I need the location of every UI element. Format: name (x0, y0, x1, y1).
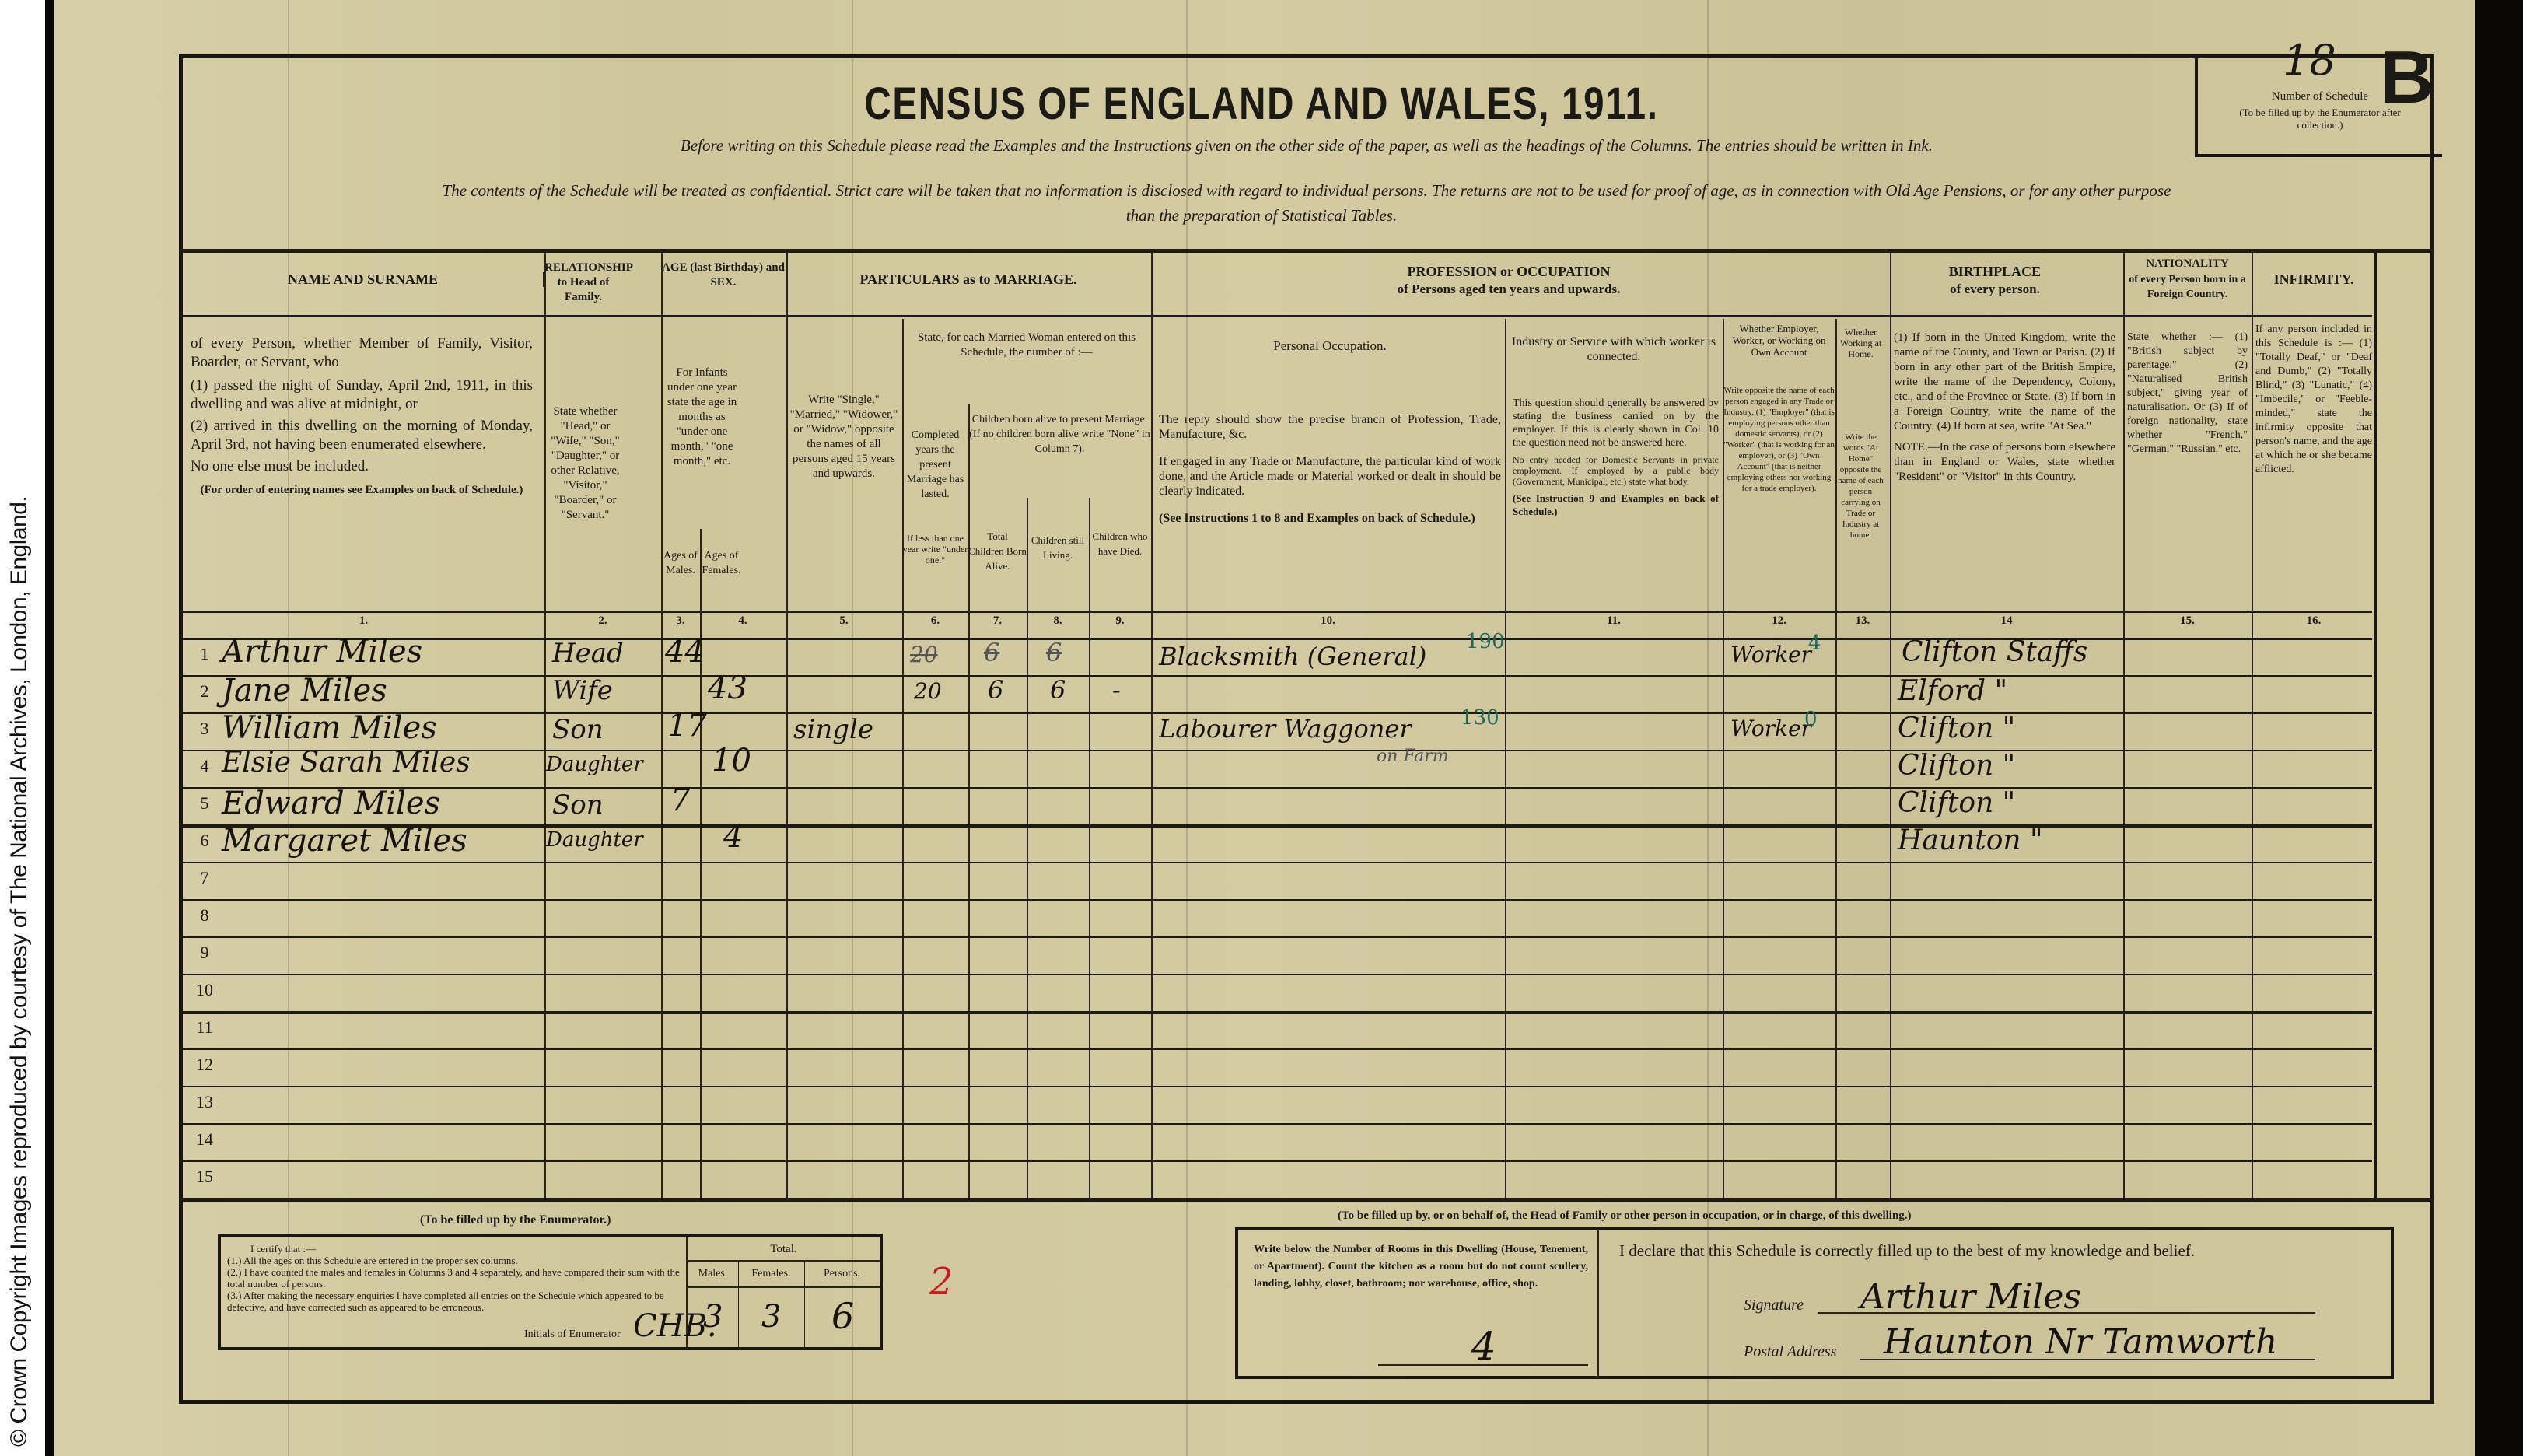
birthplace-desc: (1) If born in the United Kingdom, write… (1894, 331, 2115, 434)
age-male: 44 (665, 634, 705, 670)
col-divider (2252, 253, 2253, 1198)
header-age-males: Ages of Males. (661, 548, 700, 578)
col-divider (1505, 319, 1506, 1198)
header-nationality: NATIONALITY (2123, 257, 2252, 271)
red-annotation: 2 (929, 1260, 954, 1304)
rooms-instruction: Write below the Number of Rooms in this … (1254, 1241, 1588, 1293)
row-number: 5 (193, 793, 216, 814)
col-divider (1835, 319, 1837, 1198)
col-number-1: 1. (183, 614, 544, 628)
row-rule (179, 1123, 2372, 1125)
copyright-notice: © Crown Copyright Images reproduced by c… (6, 496, 33, 1447)
header-age-desc: For Infants under one year state the age… (665, 366, 739, 469)
header-infirmity: INFIRMITY. (2252, 272, 2376, 287)
row-number: 12 (193, 1055, 216, 1075)
person-relationship: Daughter (546, 753, 643, 776)
enumerator-heading: (To be filled up by the Enumerator.) (420, 1213, 611, 1227)
enumerator-certify-text: I certify that :— (1.) All the ages on t… (227, 1243, 686, 1313)
header-children-total: Total Children Born Alive. (968, 529, 1027, 573)
employer-status: Worker (1730, 716, 1811, 741)
divider (688, 1286, 880, 1288)
header-birthplace: BIRTHPLACE (1867, 264, 2123, 279)
header-at-home: Whether Working at Home. (1835, 327, 1886, 359)
header-relationship-desc: State whether "Head," or "Wife," "Son," … (548, 404, 622, 523)
row-rule (179, 1086, 2372, 1087)
col-divider (544, 253, 546, 1198)
row-number: 3 (193, 719, 216, 739)
header-employer-status: Whether Employer, Worker, or Working on … (1723, 323, 1835, 358)
col-number-3: 3. (661, 614, 700, 628)
row-number: 14 (193, 1129, 216, 1150)
page-title: CENSUS OF ENGLAND AND WALES, 1911. (227, 78, 2296, 130)
occupation-code: 190 (1466, 630, 1505, 653)
occupation: Labourer Waggoner (1159, 714, 1412, 744)
header-age-females: Ages of Females. (700, 548, 743, 578)
header-years-married-note: If less than one year write "under one." (902, 533, 968, 565)
occupation-code: 130 (1461, 706, 1499, 730)
divider (1597, 1230, 1599, 1377)
row-rule (179, 899, 2372, 901)
head-of-family-heading: (To be filled up by, or on behalf of, th… (1338, 1209, 1912, 1223)
birthplace: Clifton Staffs (1902, 636, 2087, 668)
header-occupation-subtitle: of Persons aged ten years and upwards. (1151, 282, 1867, 296)
col-number-7: 7. (968, 614, 1027, 628)
divider (804, 1260, 805, 1347)
years-married: 20 (910, 642, 938, 667)
header-nationality-desc: State whether :— (1) "British subject by… (2127, 331, 2248, 457)
years-married: 20 (914, 678, 942, 704)
signature-label: Signature (1744, 1297, 1804, 1314)
col-number-10: 10. (1151, 614, 1505, 628)
header-infirmity-desc: If any person included in this Schedule … (2255, 323, 2372, 477)
row-rule (179, 750, 2372, 751)
col-number-8: 8. (1027, 614, 1089, 628)
persons-label: Persons. (804, 1268, 880, 1280)
row-rule (179, 1011, 2372, 1014)
col-number-11: 11. (1505, 614, 1723, 628)
row-number: 13 (193, 1092, 216, 1112)
birthplace: Elford " (1898, 675, 2007, 707)
col-number-13: 13. (1835, 614, 1890, 628)
col-number-9: 9. (1089, 614, 1151, 628)
age-female: 4 (723, 819, 743, 855)
header-children-living: Children still Living. (1027, 533, 1089, 562)
col-divider (2123, 253, 2125, 1198)
col-number-2: 2. (544, 614, 661, 628)
instruction-confidential: The contents of the Schedule will be tre… (202, 181, 2411, 201)
header-rule (179, 315, 2372, 317)
name-desc-1: of every Person, whether Member of Famil… (191, 334, 533, 372)
header-employer-status-desc: Write opposite the name of each person e… (1723, 385, 1835, 494)
total-females: 3 (761, 1299, 781, 1335)
employer-status: Worker (1730, 642, 1811, 667)
initials-label: Initials of Enumerator (524, 1328, 621, 1341)
schedule-letter: B (2380, 40, 2434, 115)
employer-code: 0 (1804, 708, 1818, 731)
birthplace-note: NOTE.—In the case of persons born elsewh… (1894, 440, 2115, 485)
children-died: - (1112, 675, 1121, 705)
col-number-12: 12. (1723, 614, 1835, 628)
person-name: Margaret Miles (222, 823, 467, 859)
person-name: Jane Miles (222, 673, 387, 709)
children-living: 6 (1050, 675, 1066, 705)
col-number-14: 14 (1890, 614, 2123, 628)
total-label: Total. (688, 1243, 880, 1256)
header-bottom-rule (179, 611, 2372, 613)
col-divider (2374, 253, 2377, 1198)
name-desc-3: (2) arrived in this dwelling on the morn… (191, 417, 533, 454)
age-female: 43 (708, 670, 747, 706)
row-number: 6 (193, 831, 216, 851)
header-birthplace-subtitle: of every person. (1867, 282, 2123, 296)
header-birthplace-desc: (1) If born in the United Kingdom, write… (1894, 331, 2115, 485)
row-number: 2 (193, 681, 216, 702)
declaration-box: Write below the Number of Rooms in this … (1235, 1227, 2394, 1379)
birthplace: Clifton " (1898, 712, 2015, 744)
col-number-6: 6. (902, 614, 968, 628)
header-at-home-desc: Write the words "At Home" opposite the n… (1835, 432, 1886, 541)
industry-desc-1: This question should generally be answer… (1513, 397, 1719, 450)
col-divider (661, 253, 663, 1198)
postal-address: Haunton Nr Tamworth (1884, 1322, 2277, 1362)
occupation-note: on Farm (1377, 747, 1449, 766)
divider (738, 1260, 739, 1347)
row-number: 7 (193, 868, 216, 888)
header-name: NAME AND SURNAME (183, 272, 544, 287)
instruction-ink: Before writing on this Schedule please r… (436, 136, 2178, 156)
header-children-died: Children who have Died. (1089, 529, 1151, 558)
header-personal-occupation-desc: The reply should show the precise branch… (1159, 412, 1501, 526)
children-living: 6 (1046, 638, 1062, 667)
row-rule (179, 936, 2372, 938)
schedule-number-value: 18 (2283, 36, 2336, 85)
person-relationship: Daughter (546, 828, 643, 852)
certify-item-1: (1.) All the ages on this Schedule are e… (227, 1255, 686, 1266)
name-desc-2: (1) passed the night of Sunday, April 2n… (191, 376, 533, 414)
person-name: Elsie Sarah Miles (222, 747, 471, 779)
row-number: 11 (193, 1017, 216, 1038)
header-age: AGE (last Birthday) and SEX. (661, 261, 786, 290)
col-number-16: 16. (2252, 614, 2376, 628)
row-number: 1 (193, 644, 216, 664)
row-rule (179, 862, 2372, 863)
row-number: 15 (193, 1167, 216, 1187)
row-rule (179, 824, 2372, 828)
row-number: 9 (193, 943, 216, 963)
header-nationality-subtitle: of every Person born in a Foreign Countr… (2123, 272, 2252, 302)
birthplace: Clifton " (1898, 750, 2015, 782)
person-relationship: Son (552, 714, 604, 745)
person-relationship: Wife (552, 675, 613, 706)
personal-desc-3: (See Instructions 1 to 8 and Examples on… (1159, 511, 1501, 526)
col-number-15: 15. (2123, 614, 2252, 628)
males-label: Males. (688, 1268, 738, 1280)
divider (688, 1260, 880, 1262)
col-divider (1027, 498, 1028, 1198)
col-divider (902, 319, 904, 1198)
postal-address-label: Postal Address (1744, 1343, 1836, 1361)
row-rule (179, 787, 2372, 789)
row-number: 10 (193, 980, 216, 1000)
header-years-married: Completed years the present Marriage has… (902, 428, 968, 502)
col-divider (1723, 319, 1724, 1198)
number-of-rooms: 4 (1471, 1324, 1496, 1369)
row-rule (179, 675, 2372, 677)
header-name-desc: of every Person, whether Member of Famil… (191, 334, 533, 499)
age-male: 17 (667, 708, 707, 744)
col-divider (968, 404, 970, 1198)
age-female: 10 (712, 743, 751, 779)
header-relationship: RELATIONSHIP to Head of Family. (544, 261, 622, 305)
table-bottom-rule (179, 1198, 2434, 1202)
name-desc-4: No one else must be included. (191, 457, 533, 476)
header-occupation: PROFESSION or OCCUPATION (1151, 264, 1867, 279)
person-relationship: Son (552, 789, 604, 821)
col-divider (786, 253, 788, 1198)
certify-label: I certify that :— (227, 1243, 686, 1255)
header-marriage: PARTICULARS as to MARRIAGE. (786, 272, 1151, 287)
total-males: 3 (703, 1299, 723, 1335)
females-label: Females. (738, 1268, 804, 1280)
row-number: 8 (193, 905, 216, 926)
children-born: 6 (988, 675, 1003, 705)
birthplace: Haunton " (1898, 824, 2043, 856)
row-number: 4 (193, 756, 216, 776)
col-divider (1089, 498, 1090, 1198)
personal-desc-2: If engaged in any Trade or Manufacture, … (1159, 454, 1501, 499)
col-divider (1151, 253, 1153, 1198)
person-name: Arthur Miles (222, 634, 422, 670)
personal-desc-1: The reply should show the precise branch… (1159, 412, 1501, 442)
marital-status: single (793, 714, 873, 745)
person-name: Edward Miles (222, 786, 440, 821)
header-children-desc: Children born alive to present Marriage.… (968, 412, 1151, 457)
row-rule (179, 1160, 2372, 1162)
certify-item-3: (3.) After making the necessary enquirie… (227, 1290, 686, 1313)
enumerator-certificate-box: I certify that :— (1.) All the ages on t… (218, 1234, 883, 1350)
certify-item-2: (2.) I have counted the males and female… (227, 1266, 686, 1290)
header-married-woman-desc: State, for each Married Woman entered on… (902, 331, 1151, 360)
industry-desc-2: No entry needed for Domestic Servants in… (1513, 454, 1719, 487)
declaration-text: I declare that this Schedule is correctl… (1619, 1241, 2195, 1261)
industry-desc-3: (See Instruction 9 and Examples on back … (1513, 492, 1719, 518)
signature: Arthur Miles (1860, 1277, 2081, 1317)
table-top-rule (179, 249, 2434, 253)
header-marital-status-desc: Write "Single," "Married," "Widower," or… (789, 393, 898, 481)
person-name: William Miles (222, 710, 437, 746)
age-male: 7 (670, 782, 690, 818)
col-divider (1890, 253, 1891, 1198)
children-born: 6 (984, 638, 999, 667)
employer-code: 4 (1808, 632, 1821, 655)
birthplace: Clifton " (1898, 787, 2015, 819)
col-divider (700, 529, 702, 1198)
instruction-statistical: than the preparation of Statistical Tabl… (0, 206, 2523, 226)
header-industry: Industry or Service with which worker is… (1509, 334, 1719, 364)
person-relationship: Head (552, 638, 624, 669)
header-industry-desc: This question should generally be answer… (1513, 397, 1719, 518)
occupation: Blacksmith (General) (1159, 642, 1426, 671)
col-number-5: 5. (786, 614, 902, 628)
total-persons: 6 (831, 1295, 854, 1337)
row-rule (179, 1048, 2372, 1050)
row-rule (179, 974, 2372, 975)
name-desc-5: (For order of entering names see Example… (191, 481, 533, 499)
header-personal-occupation: Personal Occupation. (1155, 338, 1505, 353)
col-number-4: 4. (700, 614, 786, 628)
